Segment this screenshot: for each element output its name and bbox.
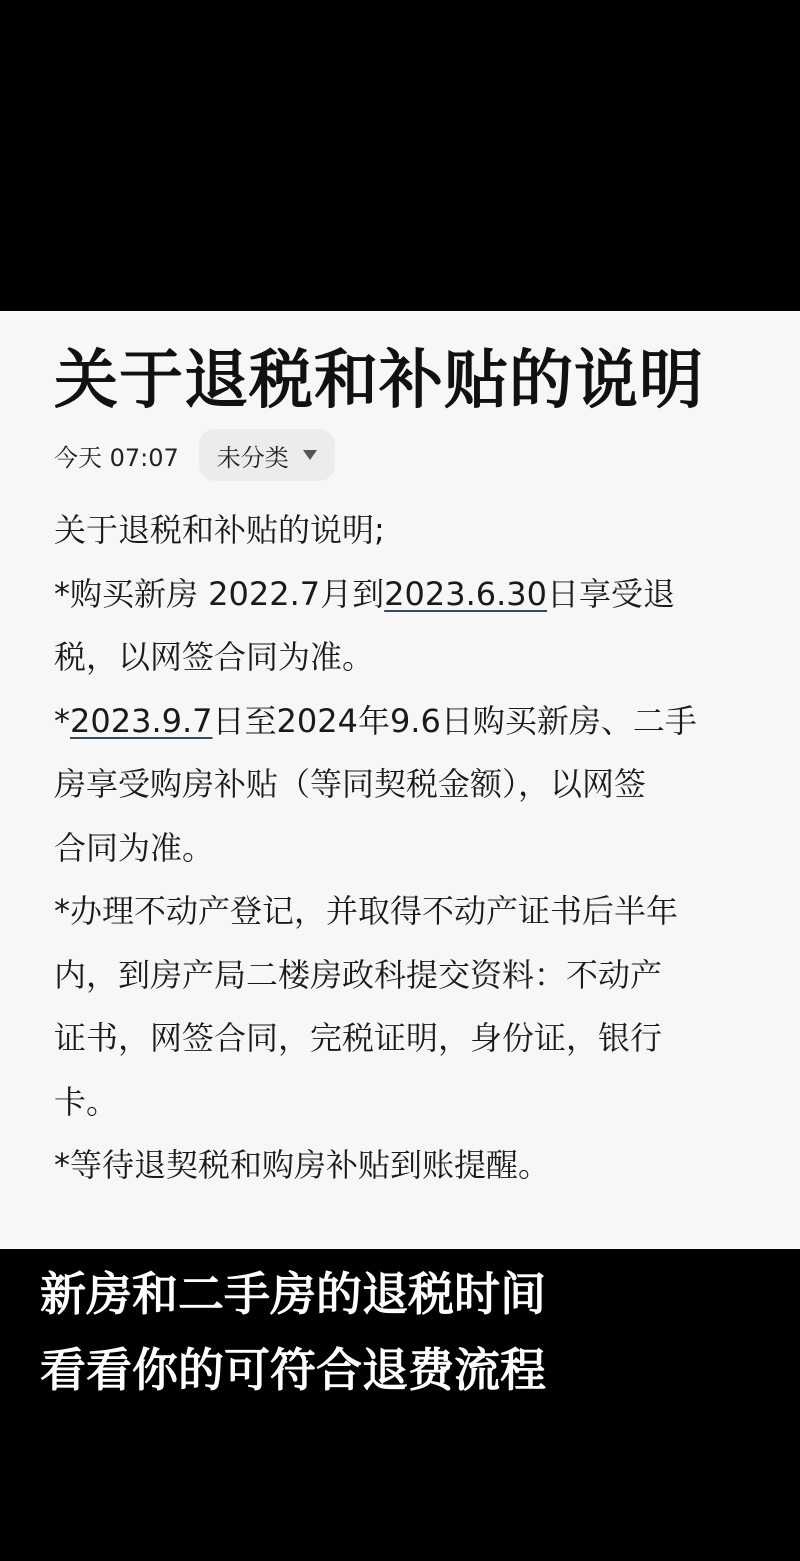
note-timestamp: 今天 07:07 [54, 438, 179, 473]
note-body-line: *购买新房 2022.7月到2023.6.30日享受退 [54, 563, 754, 627]
note-body-line: 卡。 [54, 1071, 754, 1135]
body-text: 卡。 [54, 1083, 118, 1121]
body-text: 证书，网签合同，完税证明，身份证，银行 [54, 1019, 662, 1057]
body-text: 关于退税和补贴的说明; [54, 511, 385, 549]
body-text: * [54, 702, 70, 740]
category-label: 未分类 [217, 438, 289, 473]
body-text: 日享受退 [547, 575, 675, 613]
note-body-line: *等待退契税和购房补贴到账提醒。 [54, 1134, 754, 1198]
note-body-line: 房享受购房补贴（等同契税金额），以网签 [54, 753, 754, 817]
note-body[interactable]: 关于退税和补贴的说明;*购买新房 2022.7月到2023.6.30日享受退税，… [54, 499, 754, 1198]
note-body-line: 合同为准。 [54, 817, 754, 881]
body-text: *购买新房 2022.7月到 [54, 575, 384, 613]
note-meta-row: 今天 07:07 未分类 [54, 429, 335, 481]
body-text: *办理不动产登记，并取得不动产证书后半年 [54, 892, 678, 930]
top-black-frame [0, 0, 800, 311]
caption-line-2: 看看你的可符合退费流程 [40, 1332, 546, 1408]
note-body-line: *2023.9.7日至2024年9.6日购买新房、二手 [54, 690, 754, 754]
body-text: 日至2024年9.6日购买新房、二手 [213, 702, 697, 740]
note-body-line: 证书，网签合同，完税证明，身份证，银行 [54, 1007, 754, 1071]
body-text: 内，到房产局二楼房政科提交资料：不动产 [54, 956, 662, 994]
date-link[interactable]: 2023.9.7 [70, 702, 213, 740]
note-body-line: *办理不动产登记，并取得不动产证书后半年 [54, 880, 754, 944]
note-panel: 关于退税和补贴的说明 今天 07:07 未分类 关于退税和补贴的说明;*购买新房… [0, 311, 800, 1249]
body-text: 房享受购房补贴（等同契税金额），以网签 [54, 765, 646, 803]
body-text: 税，以网签合同为准。 [54, 638, 374, 676]
note-body-line: 关于退税和补贴的说明; [54, 499, 754, 563]
body-text: 合同为准。 [54, 829, 214, 867]
note-body-line: 内，到房产局二楼房政科提交资料：不动产 [54, 944, 754, 1008]
note-title[interactable]: 关于退税和补贴的说明 [54, 341, 704, 421]
note-body-line: 税，以网签合同为准。 [54, 626, 754, 690]
video-caption: 新房和二手房的退税时间 看看你的可符合退费流程 [40, 1256, 546, 1408]
category-dropdown[interactable]: 未分类 [199, 429, 335, 481]
body-text: *等待退契税和购房补贴到账提醒。 [54, 1146, 550, 1184]
caption-line-1: 新房和二手房的退税时间 [40, 1256, 546, 1332]
date-link[interactable]: 2023.6.30 [384, 575, 547, 613]
chevron-down-icon [303, 450, 317, 460]
